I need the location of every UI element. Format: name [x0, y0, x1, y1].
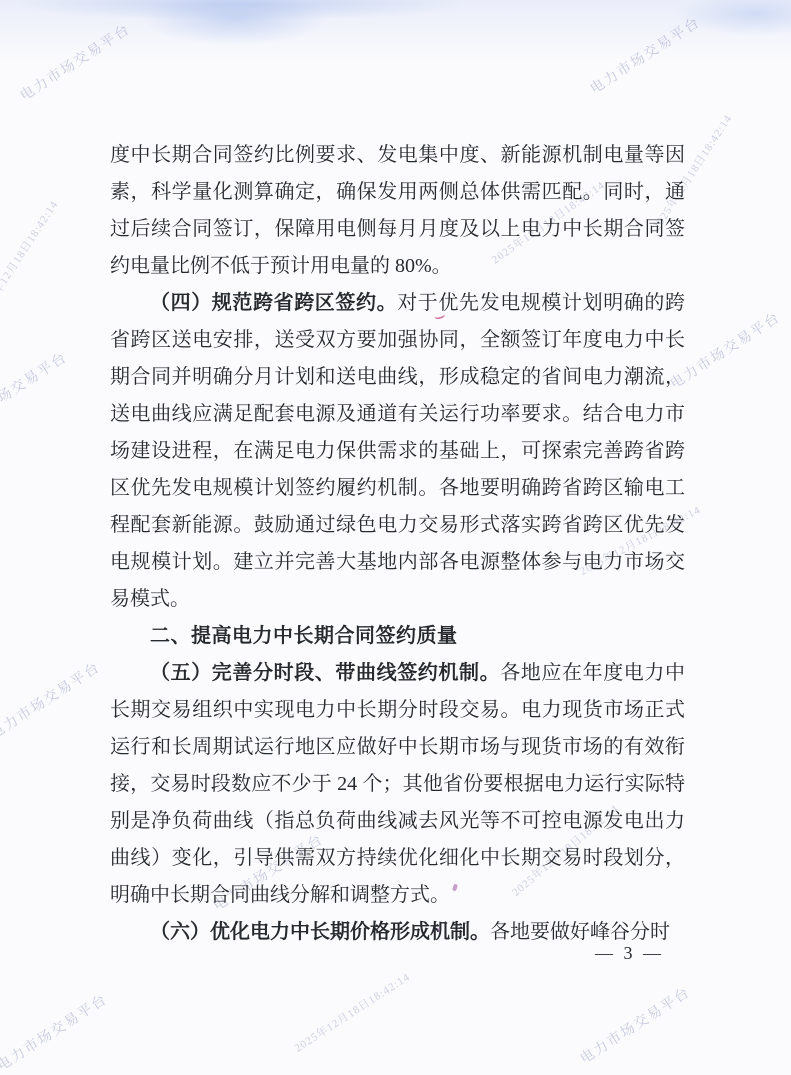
- text-run: 对于优先发电规模计划明确的跨省跨区送电安排，送受双方要加强协同，全额签订年度电力…: [110, 292, 685, 610]
- text-run: 各地应在年度电力中长期交易组织中实现电力中长期分时段交易。电力现货市场正式运行和…: [110, 662, 685, 906]
- paragraph: 度中长期合同签约比例要求、发电集中度、新能源机制电量等因素，科学量化测算确定，确…: [110, 137, 685, 285]
- bold-text-run: 二、提高电力中长期合同签约质量: [150, 625, 458, 647]
- section-heading: 二、提高电力中长期合同签约质量: [110, 618, 685, 655]
- watermark-timestamp-text: 2025年12月18日18:42:14: [291, 968, 413, 1055]
- watermark-platform-text: 电力市场交易平台: [586, 12, 704, 98]
- bold-text-run: （五）完善分时段、带曲线签约机制。: [150, 662, 500, 684]
- watermark-platform-text: 电力市场交易平台: [16, 19, 134, 105]
- page-number: — 3 —: [595, 943, 664, 964]
- document-body: 度中长期合同签约比例要求、发电集中度、新能源机制电量等因素，科学量化测算确定，确…: [110, 137, 685, 951]
- bold-text-run: （六）优化电力中长期价格形成机制。: [150, 921, 490, 943]
- text-run: 度中长期合同签约比例要求、发电集中度、新能源机制电量等因素，科学量化测算确定，确…: [110, 144, 685, 277]
- scan-tint-overlay: [0, 0, 791, 90]
- paragraph: （五）完善分时段、带曲线签约机制。各地应在年度电力中长期交易组织中实现电力中长期…: [110, 655, 685, 914]
- bold-text-run: （四）规范跨省跨区签约。: [150, 292, 397, 314]
- paragraph: （四）规范跨省跨区签约。对于优先发电规模计划明确的跨省跨区送电安排，送受双方要加…: [110, 285, 685, 618]
- watermark-platform-text: 电力市场交易平台: [0, 657, 104, 743]
- watermark-timestamp-text: 2025年12月18日18:42:14: [0, 197, 62, 319]
- scanned-document-page: 电力市场交易平台电力市场交易平台电力市场交易平台电力市场交易平台电力市场交易平台…: [0, 0, 791, 1075]
- watermark-platform-text: 电力市场交易平台: [576, 982, 694, 1068]
- watermark-platform-text: 电力市场交易平台: [0, 989, 111, 1075]
- text-run: 各地要做好峰谷分时: [490, 921, 670, 943]
- watermark-platform-text: 电力市场交易平台: [0, 347, 71, 433]
